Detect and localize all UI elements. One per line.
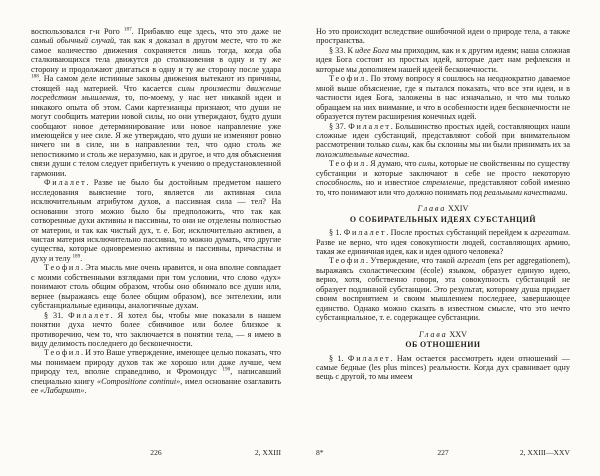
emphasis-text: самый обычный случай — [31, 36, 114, 45]
speaker-name: Теофил — [329, 256, 366, 265]
text-run: § 33. К — [329, 46, 355, 55]
text-run: § 1. — [329, 354, 348, 363]
paragraph-philalethes: § 37. Филалет. Большинство простых идей,… — [316, 122, 570, 160]
speaker-name: Глава — [418, 204, 447, 213]
footer-signature-mark — [31, 448, 114, 457]
chapter-label: Глава XXIV — [316, 204, 570, 213]
running-section-reference: 2, XXIII — [198, 448, 281, 457]
paragraph-theophilus: Теофил. Утверждение, что такой агрегат (… — [316, 256, 570, 322]
paragraph-theophilus: Теофил. И это Ваше утверждение, имеющее … — [31, 348, 281, 395]
text-run: , но и известное — [361, 178, 423, 187]
speaker-name: Глава — [419, 330, 448, 339]
emphasis-text: силы — [392, 140, 409, 149]
footer-signature-mark: 8* — [316, 448, 401, 457]
text-run: , то, по-моему, у нас нет никакой идеи и… — [31, 93, 281, 178]
chapter-title: ОБ ОТНОШЕНИИ — [316, 340, 570, 349]
paragraph-philalethes: § 1. Филалет. Нам остается рассмотреть и… — [316, 354, 570, 382]
footnote-reference: 187 — [124, 26, 132, 32]
speaker-name: Филалет — [44, 178, 87, 187]
emphasis-text: агрегатам — [530, 228, 568, 237]
emphasis-text: агрегат — [457, 256, 485, 265]
speaker-name: Теофил — [329, 74, 366, 83]
text-run: . — [84, 386, 86, 395]
emphasis-text: «Compositione continui» — [97, 377, 180, 386]
text-run: . Разве не было бы достойным предметом н… — [31, 178, 281, 263]
page-number: 227 — [401, 448, 486, 457]
speaker-name: Филалет — [344, 228, 387, 237]
text-run: § 1. — [329, 228, 344, 237]
book-scan: воспользовался г-н Рого 187. Прибавлю ещ… — [0, 0, 600, 476]
paragraph-philalethes: § 1. Филалет. После простых субстанций п… — [316, 228, 570, 256]
text-run: воспользовался г-н Рого — [31, 27, 124, 36]
speaker-name: Филалет — [348, 354, 391, 363]
chapter-label: Глава XXV — [316, 330, 570, 339]
page-right-footer: 8* 227 2, XXIII—XXV — [316, 448, 570, 457]
page-left-text-block: воспользовался г-н Рого 187. Прибавлю ещ… — [31, 27, 281, 396]
page-right-text-block: Но это происходит вследствие ошибочной и… — [316, 27, 570, 382]
paragraph-philalethes: § 31. Филалет. Я хотел бы, чтобы мне пок… — [31, 311, 281, 349]
text-run: XXV — [447, 330, 467, 339]
emphasis-text: идее Бога — [355, 46, 389, 55]
paragraph-theophilus: Теофил. Я думаю, что силы, которые не св… — [316, 159, 570, 197]
paragraph-continuation: воспользовался г-н Рого 187. Прибавлю ещ… — [31, 27, 281, 178]
paragraph-theophilus: Теофил. Эта мысль мне очень нравится, и … — [31, 263, 281, 310]
text-run: . Утверждение, что такой — [366, 256, 457, 265]
text-run: . — [407, 150, 409, 159]
text-run: (ens per aggregationem), выражаясь схола… — [316, 256, 570, 322]
footnote-reference: 188 — [31, 74, 39, 80]
emphasis-text: силы — [418, 159, 435, 168]
text-run: О СОБИРАТЕЛЬНЫХ ИДЕЯХ СУБСТАНЦИЙ — [350, 215, 536, 224]
text-run: . После простых субстанций перейдем к — [386, 228, 530, 237]
speaker-name: Филалет — [68, 311, 111, 320]
text-run: ОБ ОТНОШЕНИИ — [405, 340, 480, 349]
speaker-name: Филалет — [348, 122, 391, 131]
text-run: § 31. — [44, 311, 68, 320]
paragraph-theophilus: Теофил. По этому вопросу я сошлюсь на не… — [316, 74, 570, 121]
paragraph-philalethes: Филалет. Разве не было бы достойным пред… — [31, 178, 281, 263]
paragraph-philalethes: § 33. К идее Бога мы приходим, как и к д… — [316, 46, 570, 74]
page-number: 226 — [114, 448, 197, 457]
page-left: воспользовался г-н Рого 187. Прибавлю ещ… — [0, 0, 300, 476]
emphasis-text: положительные качества — [316, 150, 407, 159]
emphasis-text: «Лабиринт» — [40, 386, 84, 395]
running-section-reference: 2, XXIII—XXV — [485, 448, 570, 457]
text-run: Но это происходит вследствие ошибочной и… — [316, 27, 570, 45]
paragraph-continuation: Но это происходит вследствие ошибочной и… — [316, 27, 570, 46]
page-left-footer: 226 2, XXIII — [31, 448, 281, 457]
page-right: Но это происходит вследствие ошибочной и… — [300, 0, 600, 476]
emphasis-text: реальными качествами — [484, 188, 565, 197]
text-run: XXIV — [446, 204, 468, 213]
text-run: . Прибавлю еще здесь, что это даже не — [132, 27, 281, 36]
emphasis-text: способность — [316, 178, 361, 187]
text-run: , как бы склонны мы ни были принимать их… — [408, 140, 570, 149]
text-run: § 37. — [329, 122, 348, 131]
speaker-name: Теофил — [44, 348, 81, 357]
text-run: . — [80, 254, 82, 263]
chapter-title: О СОБИРАТЕЛЬНЫХ ИДЕЯХ СУБСТАНЦИЙ — [316, 215, 570, 224]
text-run: . Я думаю, что — [366, 159, 418, 168]
speaker-name: Теофил — [44, 263, 81, 272]
emphasis-text: стремление — [423, 178, 465, 187]
text-run: . — [565, 188, 567, 197]
speaker-name: Теофил — [329, 159, 366, 168]
